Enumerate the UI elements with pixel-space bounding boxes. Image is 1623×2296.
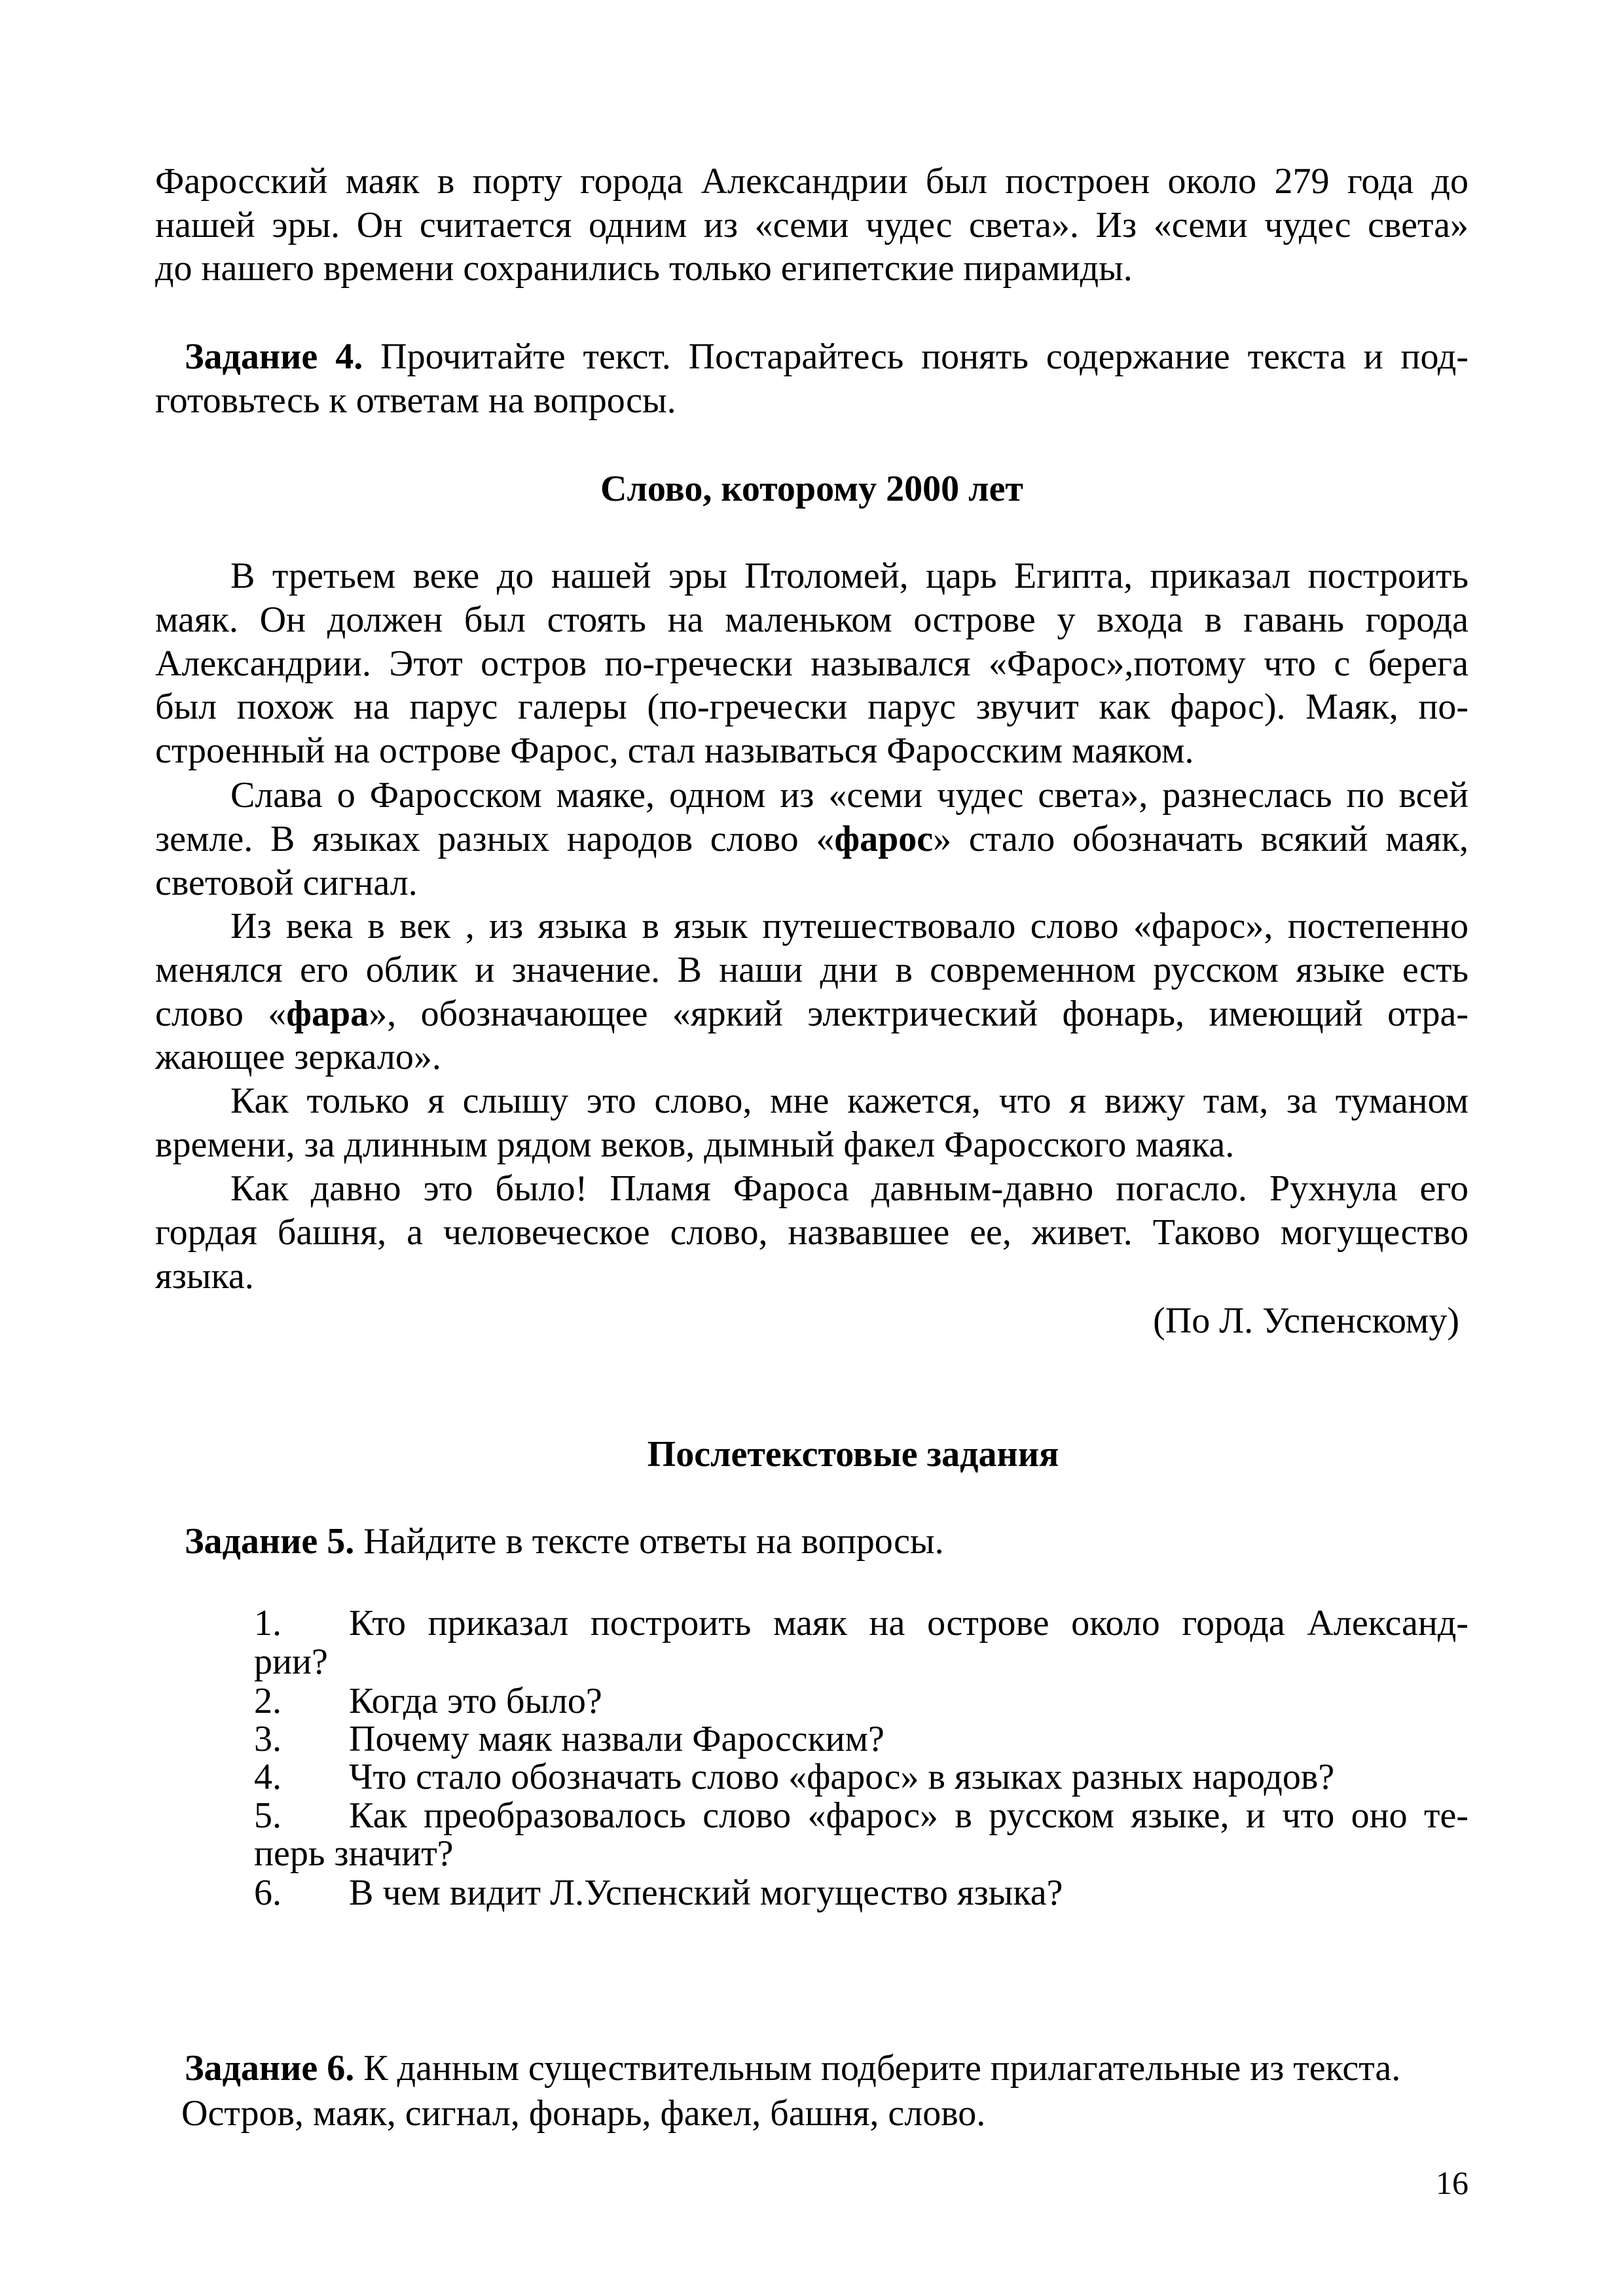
list-text-continuation: рии?: [254, 1643, 328, 1680]
story-line: языка.: [155, 1258, 1468, 1295]
text-span: слово «: [155, 994, 286, 1034]
page-number: 16: [1408, 2166, 1468, 2199]
text-span: земле. В языках разных народов слово «: [155, 819, 834, 859]
list-number: 6.: [254, 1874, 282, 1911]
story-title: Слово, которому 2000 лет: [155, 471, 1468, 507]
story-line: Как только я слышу это слово, мне кажетс…: [230, 1083, 1468, 1119]
task6-text: К данным существительным подберите прила…: [354, 2048, 1400, 2089]
story-line: гордая башня, а человеческое слово, назв…: [155, 1214, 1468, 1251]
bold-term-faros: фарос: [834, 819, 933, 859]
intro-line: до нашего времени сохранились только еги…: [155, 250, 1468, 287]
story-line: менялся его облик и значение. В наши дни…: [155, 952, 1468, 988]
task5-label: Задание 5.: [185, 1521, 354, 1562]
list-number: 4.: [254, 1759, 282, 1795]
story-line: жающее зеркало».: [155, 1039, 1468, 1075]
story-line: световой сигнал.: [155, 865, 1468, 901]
story-line: Из века в век , из языка в язык путешест…: [230, 908, 1468, 944]
task4-label: Задание 4.: [185, 336, 363, 377]
list-number: 5.: [254, 1797, 282, 1834]
story-line: земле. В языках разных народов слово «фа…: [155, 821, 1468, 857]
list-text: Почему маяк назвали Фаросским?: [349, 1721, 1468, 1757]
list-text: Кто приказал построить маяк на острове о…: [349, 1605, 1468, 1641]
intro-line: нашей эры. Он считается одним из «семи ч…: [155, 207, 1468, 243]
story-line: Слава о Фаросском маяке, одном из «семи …: [230, 777, 1468, 814]
bold-term-fara: фара: [286, 994, 369, 1034]
story-line: строенный на острове Фарос, стал называт…: [155, 732, 1468, 769]
story-line: слово «фара», обозначающее «яркий электр…: [155, 996, 1468, 1032]
task4-line: Задание 4. Прочитайте текст. Постарайтес…: [185, 338, 1468, 375]
story-line: маяк. Он должен был стоять на маленьком …: [155, 601, 1468, 638]
task5-text: Найдите в тексте ответы на вопросы.: [354, 1521, 943, 1562]
task4-line: готовьтесь к ответам на вопросы.: [155, 382, 1468, 419]
list-number: 2.: [254, 1683, 282, 1719]
list-text: Когда это было?: [349, 1683, 1468, 1719]
list-text-continuation: перь значит?: [254, 1835, 454, 1872]
task4-text: Прочитайте текст. Постарайтесь понять со…: [363, 336, 1468, 377]
list-number: 3.: [254, 1721, 282, 1757]
task6-line: Задание 6. К данным существительным подб…: [185, 2050, 1468, 2087]
post-tasks-heading: Послетекстовые задания: [196, 1436, 1510, 1473]
task6-label: Задание 6.: [185, 2048, 354, 2089]
list-text: Что стало обозначать слово «фарос» в язы…: [349, 1759, 1468, 1795]
list-number: 1.: [254, 1605, 282, 1641]
text-span: », обозначающее «яркий электрический фон…: [369, 994, 1468, 1034]
story-line: В третьем веке до нашей эры Птоломей, ца…: [230, 558, 1468, 594]
story-line: времени, за длинным рядом веков, дымный …: [155, 1126, 1468, 1163]
story-line: Александрии. Этот остров по-гречески наз…: [155, 645, 1468, 682]
text-span: » стало обозначать всякий маяк,: [933, 819, 1468, 859]
attribution: (По Л. Успенскому): [155, 1302, 1459, 1339]
task5-line: Задание 5. Найдите в тексте ответы на во…: [185, 1523, 1468, 1560]
list-text: Как преобразовалось слово «фарос» в русс…: [349, 1797, 1468, 1834]
list-text: В чем видит Л.Успенский могущество языка…: [349, 1874, 1468, 1911]
story-line: был похож на парус галеры (по-гречески п…: [155, 689, 1468, 725]
story-line: Как давно это было! Пламя Фароса давным-…: [230, 1170, 1468, 1207]
task6-words: Остров, маяк, сигнал, фонарь, факел, баш…: [181, 2095, 1495, 2132]
intro-line: Фаросский маяк в порту города Александри…: [155, 163, 1468, 200]
document-page: Фаросский маяк в порту города Александри…: [0, 0, 1623, 2296]
